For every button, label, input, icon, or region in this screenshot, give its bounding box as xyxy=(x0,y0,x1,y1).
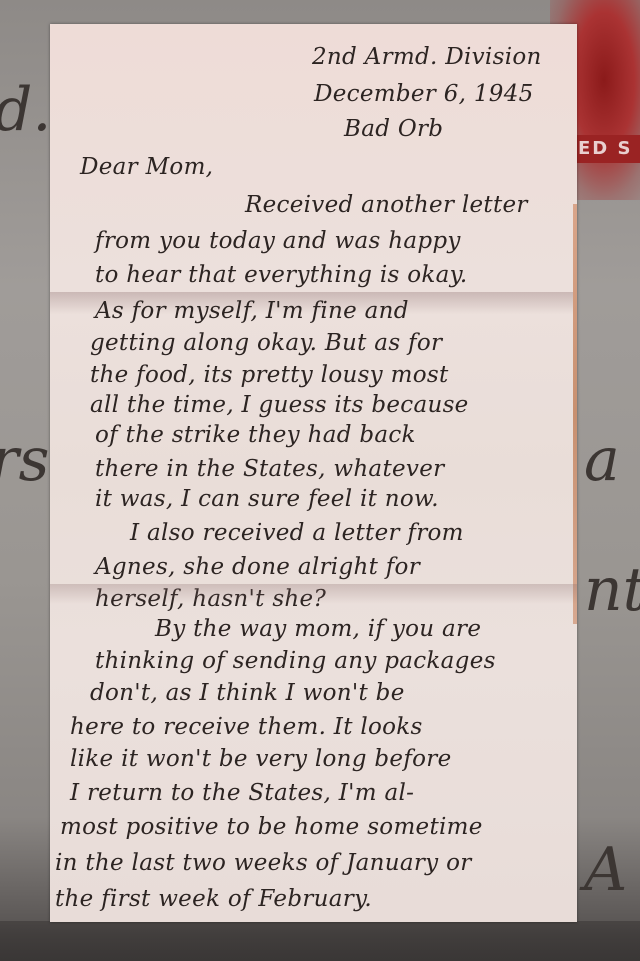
letter-line: all the time, I guess its because xyxy=(90,392,469,418)
letter-line: herself, hasn't she? xyxy=(95,586,326,612)
letter-salutation: Dear Mom, xyxy=(80,154,213,180)
background-script-left-2: rs xyxy=(0,430,49,490)
background-script-right-2: nt xyxy=(584,560,640,620)
letter-line: in the last two weeks of January or xyxy=(55,850,472,876)
letter-line: here to receive them. It looks xyxy=(70,714,423,740)
bottom-shadow xyxy=(0,921,640,961)
letter-line: there in the States, whatever xyxy=(95,456,444,482)
letter-line: I return to the States, I'm al- xyxy=(70,780,414,806)
letter-unit: 2nd Armd. Division xyxy=(312,44,542,70)
letter-line: As for myself, I'm fine and xyxy=(95,298,409,324)
letter-line: of the strike they had back xyxy=(95,422,416,448)
letter-line: Agnes, she done alright for xyxy=(95,554,420,580)
letter-line: from you today and was happy xyxy=(95,228,461,254)
letter-line: Received another letter xyxy=(245,192,528,218)
background-script-right-3: A xyxy=(584,840,627,900)
letter-line: to hear that everything is okay. xyxy=(95,262,467,288)
letter-paper: 2nd Armd. Division December 6, 1945 Bad … xyxy=(50,24,577,922)
background-script-right-1: a xyxy=(584,430,620,490)
background-stamp-text: ED S xyxy=(570,135,640,163)
letter-line: the first week of February. xyxy=(55,886,372,912)
background-script-left-1: d. xyxy=(0,80,51,140)
letter-line: the food, its pretty lousy most xyxy=(90,362,449,388)
letter-date: December 6, 1945 xyxy=(314,81,534,107)
letter-line: most positive to be home sometime xyxy=(60,814,483,840)
letter-line: I also received a letter from xyxy=(130,520,464,546)
letter-line: thinking of sending any packages xyxy=(95,648,496,674)
letter-line: By the way mom, if you are xyxy=(155,616,481,642)
letter-line: like it won't be very long before xyxy=(70,746,452,772)
letter-place: Bad Orb xyxy=(344,116,443,142)
letter-line: getting along okay. But as for xyxy=(90,330,442,356)
letter-line: it was, I can sure feel it now. xyxy=(95,486,439,512)
letter-line: don't, as I think I won't be xyxy=(90,680,405,706)
paper-edge xyxy=(573,204,577,624)
